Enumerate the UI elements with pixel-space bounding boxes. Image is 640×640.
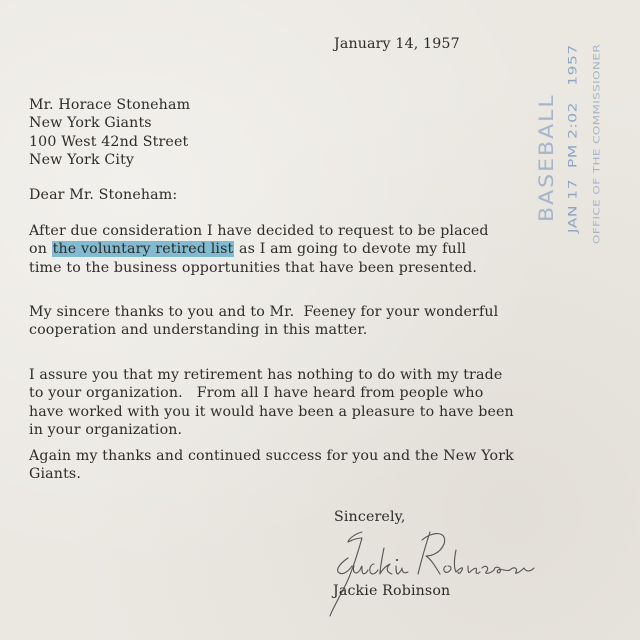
paragraph-line: Giants. [29,465,514,483]
paragraph-line: After due consideration I have decided t… [29,222,489,240]
stamp-title: BASEBALL [536,93,559,222]
closing: Sincerely, [334,508,406,526]
line-suffix: as I am going to devote my full [234,241,466,257]
received-stamp: BASEBALL JAN 17 PM 2:02 1957 OFFICE OF T… [528,50,638,210]
paragraph-line: to your organization. From all I have he… [29,384,514,402]
paragraph-line: I assure you that my retirement has noth… [29,366,514,384]
handwritten-signature [318,528,538,618]
recipient-name: Mr. Horace Stoneham [29,96,190,114]
highlighted-phrase: the voluntary retired list [52,241,235,257]
paragraph-thanks: My sincere thanks to you and to Mr. Feen… [29,303,498,340]
recipient-street: 100 West 42nd Street [29,133,190,151]
recipient-organization: New York Giants [29,114,190,132]
paragraph-retirement-request: After due consideration I have decided t… [29,222,489,277]
paragraph-closing-wishes: Again my thanks and continued success fo… [29,447,514,484]
paragraph-line: have worked with you it would have been … [29,403,514,421]
salutation: Dear Mr. Stoneham: [29,186,177,204]
paragraph-line: in your organization. [29,421,514,439]
paragraph-line: Again my thanks and continued success fo… [29,447,514,465]
recipient-address: Mr. Horace Stoneham New York Giants 100 … [29,96,190,169]
paragraph-line: My sincere thanks to you and to Mr. Feen… [29,303,498,321]
paragraph-line: cooperation and understanding in this ma… [29,321,498,339]
line-prefix: on [29,241,52,257]
stamp-office: OFFICE OF THE COMMISSIONER [591,44,602,244]
letter-date: January 14, 1957 [334,35,460,53]
stamp-received-datetime: JAN 17 PM 2:02 1957 [566,44,580,233]
paragraph-line: on the voluntary retired list as I am go… [29,240,489,258]
paragraph-assurance: I assure you that my retirement has noth… [29,366,514,439]
letter-page: January 14, 1957 Mr. Horace Stoneham New… [0,0,640,640]
recipient-city: New York City [29,151,190,169]
signed-name: Jackie Robinson [333,582,450,600]
paragraph-line: time to the business opportunities that … [29,259,489,277]
